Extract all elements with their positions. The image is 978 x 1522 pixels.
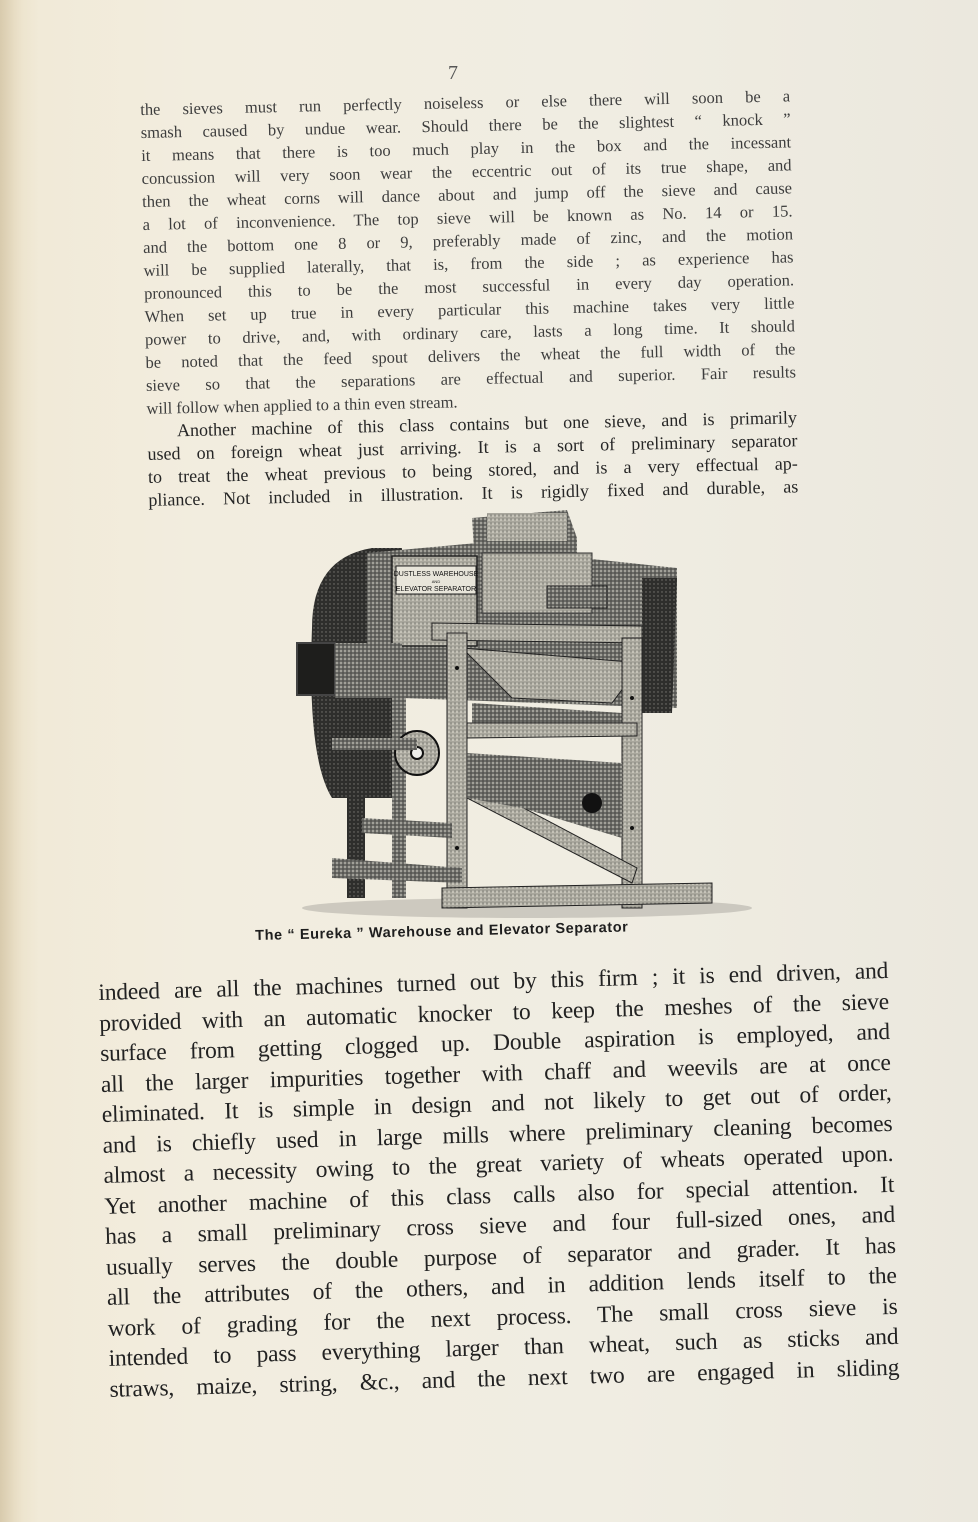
paragraph-3: indeed are all the machines turned out b… xyxy=(98,956,900,1405)
paragraph-2: Another machine of this class contains b… xyxy=(147,406,799,512)
svg-text:AND: AND xyxy=(432,579,441,584)
separator-machine-illustration: DUSTLESS WAREHOUSE AND ELEVATOR SEPARATO… xyxy=(292,498,762,920)
figure-caption: The “ Eureka ” Warehouse and Elevator Se… xyxy=(255,917,725,944)
paragraph-1: the sieves must run perfectly noiseless … xyxy=(140,84,797,420)
page-number: 7 xyxy=(448,62,458,85)
book-gutter-shadow xyxy=(0,0,38,1522)
upper-text-block: the sieves must run perfectly noiseless … xyxy=(140,84,799,512)
svg-text:DUSTLESS WAREHOUSE: DUSTLESS WAREHOUSE xyxy=(394,571,479,578)
svg-text:ELEVATOR SEPARATOR: ELEVATOR SEPARATOR xyxy=(396,586,476,593)
lower-text-block: indeed are all the machines turned out b… xyxy=(98,956,900,1405)
